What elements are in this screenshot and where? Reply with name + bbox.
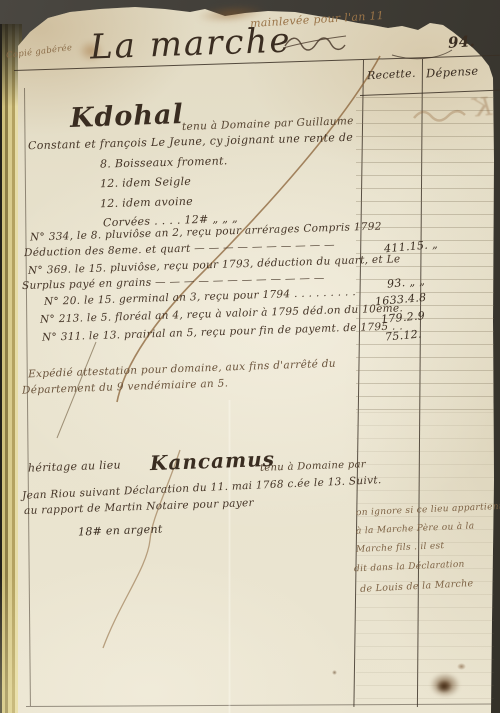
manuscript-scan: K mainlevée pour l'an 11 Copié gabérée L… [0, 0, 500, 713]
rent-item: 12. idem Seigle [100, 175, 191, 190]
rent-item: 12. idem avoine [100, 195, 193, 210]
page-title: La marche [89, 20, 292, 67]
column-grid-lines-faint [356, 412, 494, 704]
column-header-recette: Recette. [367, 67, 416, 83]
entry-kdohal-name: Kdohal [69, 99, 184, 134]
page-number: 94. [447, 32, 475, 52]
paper-crease [228, 400, 231, 713]
column-header-depense: Dépense [426, 64, 479, 81]
entry-kancamus-name: Kancamus [150, 447, 276, 475]
